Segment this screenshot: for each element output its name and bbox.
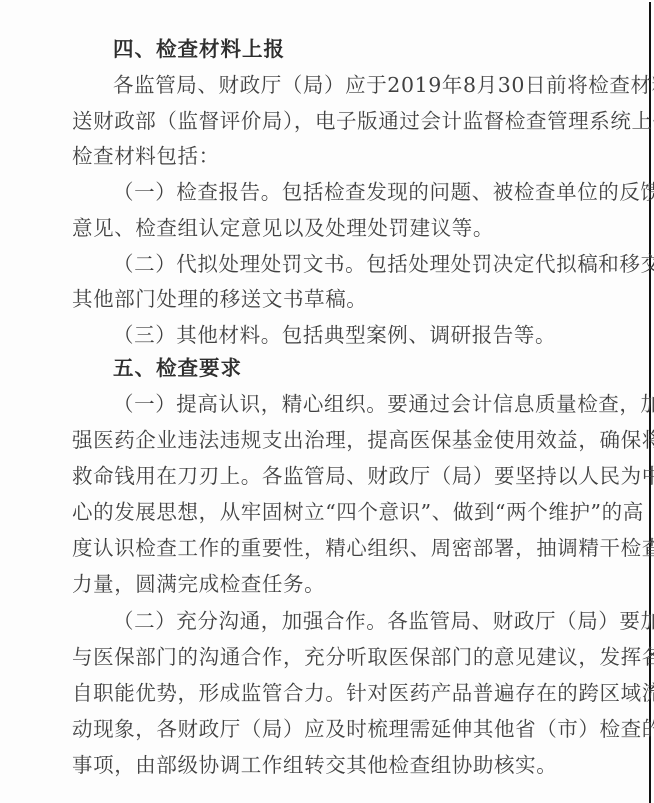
paragraph-line: 各监管局、财政厅（局）应于2019年8月30日前将检查材料报: [113, 70, 564, 100]
requirement-2-line: （二）充分沟通，加强合作。各监管局、财政厅（局）要加强: [113, 606, 564, 636]
requirement-1-line: 度认识检查工作的重要性，精心组织、周密部署，抽调精干检查: [72, 533, 564, 563]
paragraph-line: 检查材料包括：: [72, 141, 564, 171]
requirement-1-line: （一）提高认识，精心组织。要通过会计信息质量检查，加: [113, 389, 564, 419]
requirement-1-line: 力量，圆满完成检查任务。: [72, 569, 564, 599]
requirement-2-line: 动现象，各财政厅（局）应及时梳理需延伸其他省（市）检查的: [72, 714, 564, 744]
list-item-2-line: 其他部门处理的移送文书草稿。: [72, 284, 564, 314]
section-heading-5: 五、检查要求: [113, 353, 605, 383]
list-item-1-line: （一）检查报告。包括检查发现的问题、被检查单位的反馈: [113, 177, 564, 207]
list-item-2-line: （二）代拟处理处罚文书。包括处理处罚决定代拟稿和移交: [113, 249, 564, 279]
requirement-2-line: 事项，由部级协调工作组转交其他检查组协助核实。: [72, 750, 564, 780]
requirement-1-line: 强医药企业违法违规支出治理，提高医保基金使用效益，确保将: [72, 425, 564, 455]
requirement-1-line: 救命钱用在刀刃上。各监管局、财政厅（局）要坚持以人民为中: [72, 461, 564, 491]
requirement-1-line: 心的发展思想，从牢固树立“四个意识”、做到“两个维护”的高: [72, 497, 564, 527]
list-item-1-line: 意见、检查组认定意见以及处理处罚建议等。: [72, 213, 564, 243]
document-page: 四、检查材料上报 各监管局、财政厅（局）应于2019年8月30日前将检查材料报 …: [0, 0, 654, 803]
paragraph-line: 送财政部（监督评价局），电子版通过会计监督检查管理系统上传。: [72, 106, 564, 136]
requirement-2-line: 自职能优势，形成监管合力。针对医药产品普遍存在的跨区域流: [72, 678, 564, 708]
section-heading-4: 四、检查材料上报: [113, 34, 605, 64]
requirement-2-line: 与医保部门的沟通合作，充分听取医保部门的意见建议，发挥各: [72, 642, 564, 672]
list-item-3-line: （三）其他材料。包括典型案例、调研报告等。: [113, 320, 564, 350]
